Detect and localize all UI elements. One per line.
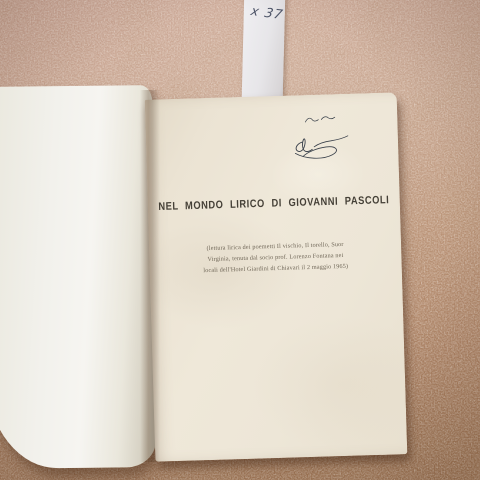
photo-background: x 37 NEL MONDO LIRICO DI GIOVANNI PASCOL… bbox=[0, 0, 480, 480]
book-spine-gutter bbox=[140, 90, 160, 462]
title-page: NEL MONDO LIRICO DI GIOVANNI PASCOLI (le… bbox=[145, 92, 408, 461]
booklet-subtitle: (lettura lirica dei poemetti Il vischio,… bbox=[149, 238, 402, 278]
booklet-title: NEL MONDO LIRICO DI GIOVANNI PASCOLI bbox=[148, 193, 400, 212]
open-booklet: NEL MONDO LIRICO DI GIOVANNI PASCOLI (le… bbox=[0, 0, 480, 480]
handwritten-dedication-ink bbox=[271, 111, 366, 164]
left-blank-page bbox=[0, 85, 156, 469]
